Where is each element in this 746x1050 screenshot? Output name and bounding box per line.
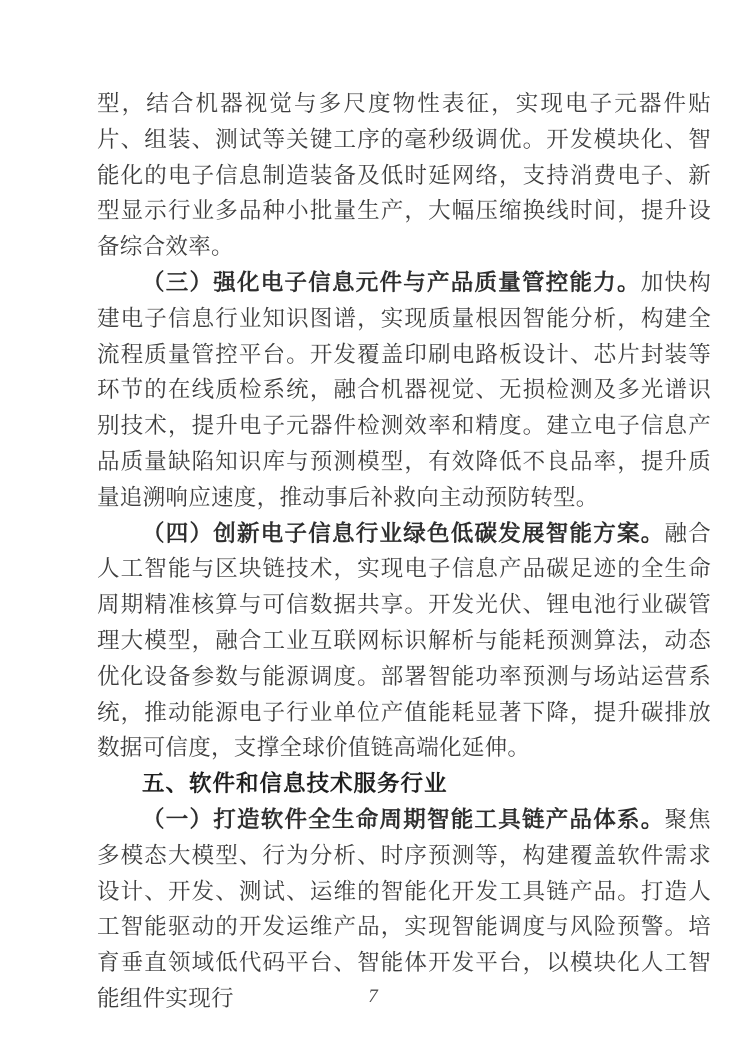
paragraph-lead: （一）打造软件全生命周期智能工具链产品体系。 — [142, 807, 664, 832]
paragraph-text: 型，结合机器视觉与多尺度物性表征，实现电子元器件贴片、组装、测试等关键工序的毫秒… — [97, 91, 711, 259]
paragraph-lead: （四）创新电子信息行业绿色低碳发展智能方案。 — [142, 521, 664, 546]
paragraph-text: 聚焦多模态大模型、行为分析、时序预测等，构建覆盖软件需求设计、开发、测试、运维的… — [97, 807, 711, 1011]
paragraph: （四）创新电子信息行业绿色低碳发展智能方案。融合人工智能与区块链技术，实现电子信… — [97, 516, 711, 767]
page-footer: 7 — [0, 986, 746, 1008]
section-heading: 五、软件和信息技术服务行业 — [97, 766, 711, 802]
section-heading-text: 五、软件和信息技术服务行业 — [142, 771, 448, 796]
page-content: 型，结合机器视觉与多尺度物性表征，实现电子元器件贴片、组装、测试等关键工序的毫秒… — [97, 86, 711, 1017]
page-number: 7 — [368, 986, 378, 1007]
paragraph: （一）打造软件全生命周期智能工具链产品体系。聚焦多模态大模型、行为分析、时序预测… — [97, 802, 711, 1017]
paragraph: （三）强化电子信息元件与产品质量管控能力。加快构建电子信息行业知识图谱，实现质量… — [97, 265, 711, 516]
paragraph-text: 融合人工智能与区块链技术，实现电子信息产品碳足迹的全生命周期精准核算与可信数据共… — [97, 521, 711, 761]
paragraph: 型，结合机器视觉与多尺度物性表征，实现电子元器件贴片、组装、测试等关键工序的毫秒… — [97, 86, 711, 265]
paragraph-lead: （三）强化电子信息元件与产品质量管控能力。 — [142, 270, 641, 295]
paragraph-text: 加快构建电子信息行业知识图谱，实现质量根因智能分析，构建全流程质量管控平台。开发… — [97, 270, 711, 510]
document-page: 型，结合机器视觉与多尺度物性表征，实现电子元器件贴片、组装、测试等关键工序的毫秒… — [0, 0, 746, 1050]
